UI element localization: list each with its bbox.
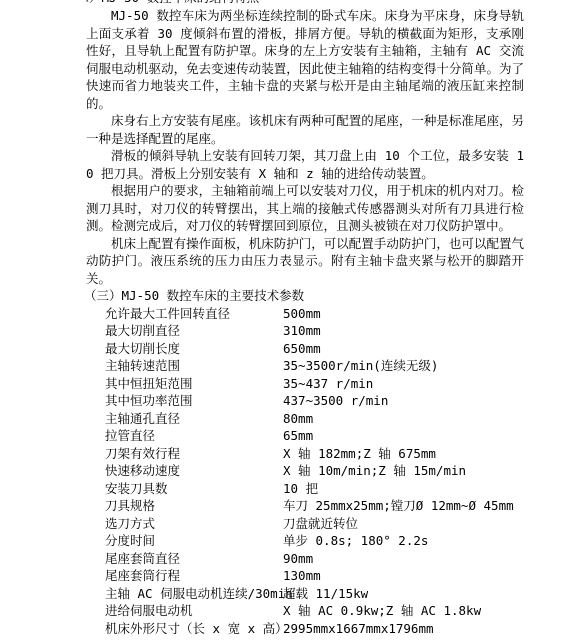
- spec-label: 进给伺服电动机: [105, 602, 193, 620]
- spec-row: 刀架有效行程 X 轴 182mm;Z 轴 675mm: [86, 445, 524, 463]
- spec-label: 主轴通孔直径: [105, 410, 180, 428]
- spec-value: 10 把: [283, 480, 318, 498]
- spec-value: 90mm: [283, 550, 313, 568]
- spec-row: 安装刀具数 10 把: [86, 480, 524, 498]
- spec-value: 130mm: [283, 567, 321, 585]
- paragraph: 滑板的倾斜导轨上安装有回转刀架，其刀盘上由 10 个工位，最多安装 10 把刀具…: [86, 147, 524, 182]
- spec-value: X 轴 AC 0.9kw;Z 轴 AC 1.8kw: [283, 602, 481, 620]
- spec-value: 单步 0.8s; 180° 2.2s: [283, 532, 428, 550]
- spec-value: 650mm: [283, 340, 321, 358]
- spec-row: 尾座套筒行程 130mm: [86, 567, 524, 585]
- spec-label: 主轴转速范围: [105, 357, 180, 375]
- spec-value: 437~3500 r/min: [283, 392, 388, 410]
- spec-label: 选刀方式: [105, 515, 155, 533]
- spec-value: 2995mmx1667mmx1796mm: [283, 620, 434, 638]
- section-heading-2-clipped: （二）MJ-50 数控车床的结构特点: [86, 0, 524, 7]
- spec-label: 安装刀具数: [105, 480, 168, 498]
- spec-row: 选刀方式 刀盘就近转位: [86, 515, 524, 533]
- spec-label: 拉管直径: [105, 427, 155, 445]
- spec-row: 机床外形尺寸（长 x 宽 x 高） 2995mmx1667mmx1796mm: [86, 620, 524, 638]
- spec-row: 允许最大工件回转直径 500mm: [86, 305, 524, 323]
- spec-label: 机床外形尺寸（长 x 宽 x 高）: [105, 620, 288, 638]
- spec-label: 分度时间: [105, 532, 155, 550]
- section-heading-2-text: （二）MJ-50 数控车床的结构特点: [86, 0, 524, 7]
- spec-value: 65mm: [283, 427, 313, 445]
- spec-row: 尾座套筒直径 90mm: [86, 550, 524, 568]
- paragraph: 根据用户的要求，主轴箱前端上可以安装对刀仪，用于机床的机内对刀。检测刀具时，对刀…: [86, 182, 524, 235]
- spec-list: 允许最大工件回转直径 500mm 最大切削直径 310mm 最大切削长度 650…: [86, 305, 524, 638]
- spec-label: 其中恒扭矩范围: [105, 375, 193, 393]
- spec-value: 刀盘就近转位: [283, 515, 358, 533]
- paragraph: 床身右上方安装有尾座。该机床有两种可配置的尾座，一种是标准尾座，另一种是选择配置…: [86, 112, 524, 147]
- spec-label: 快速移动速度: [105, 462, 180, 480]
- spec-value: 310mm: [283, 322, 321, 340]
- spec-value: X 轴 10m/min;Z 轴 15m/min: [283, 462, 466, 480]
- spec-value: 80mm: [283, 410, 313, 428]
- spec-label: 尾座套筒直径: [105, 550, 180, 568]
- spec-label: 主轴 AC 伺服电动机连续/30min: [105, 585, 293, 603]
- spec-label: 最大切削直径: [105, 322, 180, 340]
- paragraph: 机床上配置有操作面板，机床防护门，可以配置手动防护门，也可以配置气动防护门。液压…: [86, 235, 524, 288]
- spec-label: 其中恒功率范围: [105, 392, 193, 410]
- spec-label: 刀架有效行程: [105, 445, 180, 463]
- spec-row: 其中恒扭矩范围 35~437 r/min: [86, 375, 524, 393]
- spec-value: X 轴 182mm;Z 轴 675mm: [283, 445, 436, 463]
- spec-label: 刀具规格: [105, 497, 155, 515]
- spec-label: 最大切削长度: [105, 340, 180, 358]
- spec-row: 拉管直径 65mm: [86, 427, 524, 445]
- spec-row: 主轴转速范围 35~3500r/min(连续无级): [86, 357, 524, 375]
- spec-row: 快速移动速度 X 轴 10m/min;Z 轴 15m/min: [86, 462, 524, 480]
- spec-value: 车刀 25mmx25mm;镗刀Ø 12mm~Ø 45mm: [283, 497, 514, 515]
- spec-value: 35~3500r/min(连续无级): [283, 357, 438, 375]
- section-heading-3: （三）MJ-50 数控车床的主要技术参数: [84, 287, 524, 305]
- spec-row: 其中恒功率范围 437~3500 r/min: [86, 392, 524, 410]
- paragraph: MJ-50 数控车床为两坐标连续控制的卧式车床。床身为平床身，床身导轨上面支承着…: [86, 7, 524, 112]
- spec-value: 超载 11/15kw: [283, 585, 368, 603]
- document-page: （二）MJ-50 数控车床的结构特点 MJ-50 数控车床为两坐标连续控制的卧式…: [0, 0, 586, 641]
- spec-value: 35~437 r/min: [283, 375, 373, 393]
- spec-row: 最大切削直径 310mm: [86, 322, 524, 340]
- spec-row: 刀具规格 车刀 25mmx25mm;镗刀Ø 12mm~Ø 45mm: [86, 497, 524, 515]
- spec-row: 进给伺服电动机 X 轴 AC 0.9kw;Z 轴 AC 1.8kw: [86, 602, 524, 620]
- spec-label: 允许最大工件回转直径: [105, 305, 230, 323]
- spec-row: 主轴通孔直径 80mm: [86, 410, 524, 428]
- spec-row: 分度时间 单步 0.8s; 180° 2.2s: [86, 532, 524, 550]
- spec-value: 500mm: [283, 305, 321, 323]
- document-content: （二）MJ-50 数控车床的结构特点 MJ-50 数控车床为两坐标连续控制的卧式…: [86, 0, 524, 637]
- spec-label: 尾座套筒行程: [105, 567, 180, 585]
- spec-row: 最大切削长度 650mm: [86, 340, 524, 358]
- spec-row: 主轴 AC 伺服电动机连续/30min 超载 11/15kw: [86, 585, 524, 603]
